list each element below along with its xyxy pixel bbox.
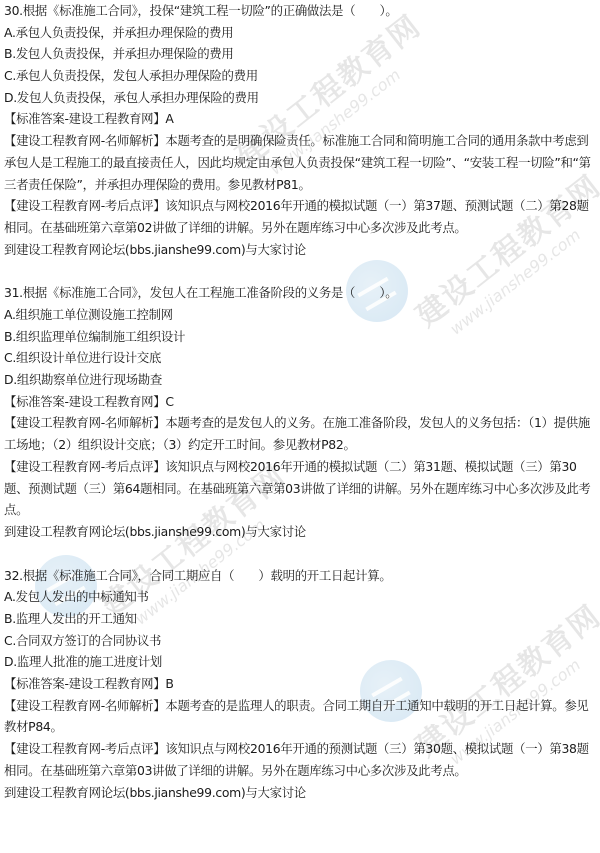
question-stem: 32.根据《标准施工合同》，合同工期应自（ ）载明的开工日起计算。 bbox=[4, 565, 600, 587]
question-32: 32.根据《标准施工合同》，合同工期应自（ ）载明的开工日起计算。 A.发包人发… bbox=[4, 565, 600, 804]
option-d: D.发包人负责投保，承包人承担办理保险的费用 bbox=[4, 87, 600, 109]
option-d: D.组织勘察单位进行现场勘查 bbox=[4, 369, 600, 391]
post-exam-comment: 【建设工程教育网-考后点评】该知识点与网校2016年开通的模拟试题（一）第37题… bbox=[4, 195, 600, 238]
question-30: 30.根据《标准施工合同》，投保“建筑工程一切险”的正确做法是（ ）。 A.承包… bbox=[4, 0, 600, 260]
option-c: C.承包人负责投保，发包人承担办理保险的费用 bbox=[4, 65, 600, 87]
teacher-analysis: 【建设工程教育网-名师解析】本题考查的是发包人的义务。在施工准备阶段，发包人的义… bbox=[4, 412, 600, 455]
post-exam-comment: 【建设工程教育网-考后点评】该知识点与网校2016年开通的预测试题（三）第30题… bbox=[4, 738, 600, 781]
spacer bbox=[4, 260, 600, 282]
forum-link[interactable]: 到建设工程教育网论坛(bbs.jianshe99.com)与大家讨论 bbox=[4, 782, 600, 804]
standard-answer: 【标准答案-建设工程教育网】B bbox=[4, 673, 600, 695]
option-d: D.监理人批准的施工进度计划 bbox=[4, 651, 600, 673]
option-b: B.组织监理单位编制施工组织设计 bbox=[4, 326, 600, 348]
spacer bbox=[4, 543, 600, 565]
standard-answer: 【标准答案-建设工程教育网】C bbox=[4, 391, 600, 413]
teacher-analysis: 【建设工程教育网-名师解析】本题考查的是监理人的职责。合同工期自开工通知中载明的… bbox=[4, 695, 600, 738]
question-31: 31.根据《标准施工合同》，发包人在工程施工准备阶段的义务是（ ）。 A.组织施… bbox=[4, 282, 600, 542]
option-a: A.发包人发出的中标通知书 bbox=[4, 586, 600, 608]
teacher-analysis: 【建设工程教育网-名师解析】本题考查的是明确保险责任。标准施工合同和简明施工合同… bbox=[4, 130, 600, 195]
exam-document: 30.根据《标准施工合同》，投保“建筑工程一切险”的正确做法是（ ）。 A.承包… bbox=[4, 0, 600, 803]
option-b: B.监理人发出的开工通知 bbox=[4, 608, 600, 630]
option-a: A.组织施工单位测设施工控制网 bbox=[4, 304, 600, 326]
option-b: B.发包人负责投保，并承担办理保险的费用 bbox=[4, 43, 600, 65]
option-c: C.合同双方签订的合同协议书 bbox=[4, 630, 600, 652]
forum-link[interactable]: 到建设工程教育网论坛(bbs.jianshe99.com)与大家讨论 bbox=[4, 239, 600, 261]
option-c: C.组织设计单位进行设计交底 bbox=[4, 347, 600, 369]
standard-answer: 【标准答案-建设工程教育网】A bbox=[4, 108, 600, 130]
post-exam-comment: 【建设工程教育网-考后点评】该知识点与网校2016年开通的模拟试题（二）第31题… bbox=[4, 456, 600, 521]
option-a: A.承包人负责投保，并承担办理保险的费用 bbox=[4, 22, 600, 44]
question-stem: 31.根据《标准施工合同》，发包人在工程施工准备阶段的义务是（ ）。 bbox=[4, 282, 600, 304]
forum-link[interactable]: 到建设工程教育网论坛(bbs.jianshe99.com)与大家讨论 bbox=[4, 521, 600, 543]
question-stem: 30.根据《标准施工合同》，投保“建筑工程一切险”的正确做法是（ ）。 bbox=[4, 0, 600, 22]
